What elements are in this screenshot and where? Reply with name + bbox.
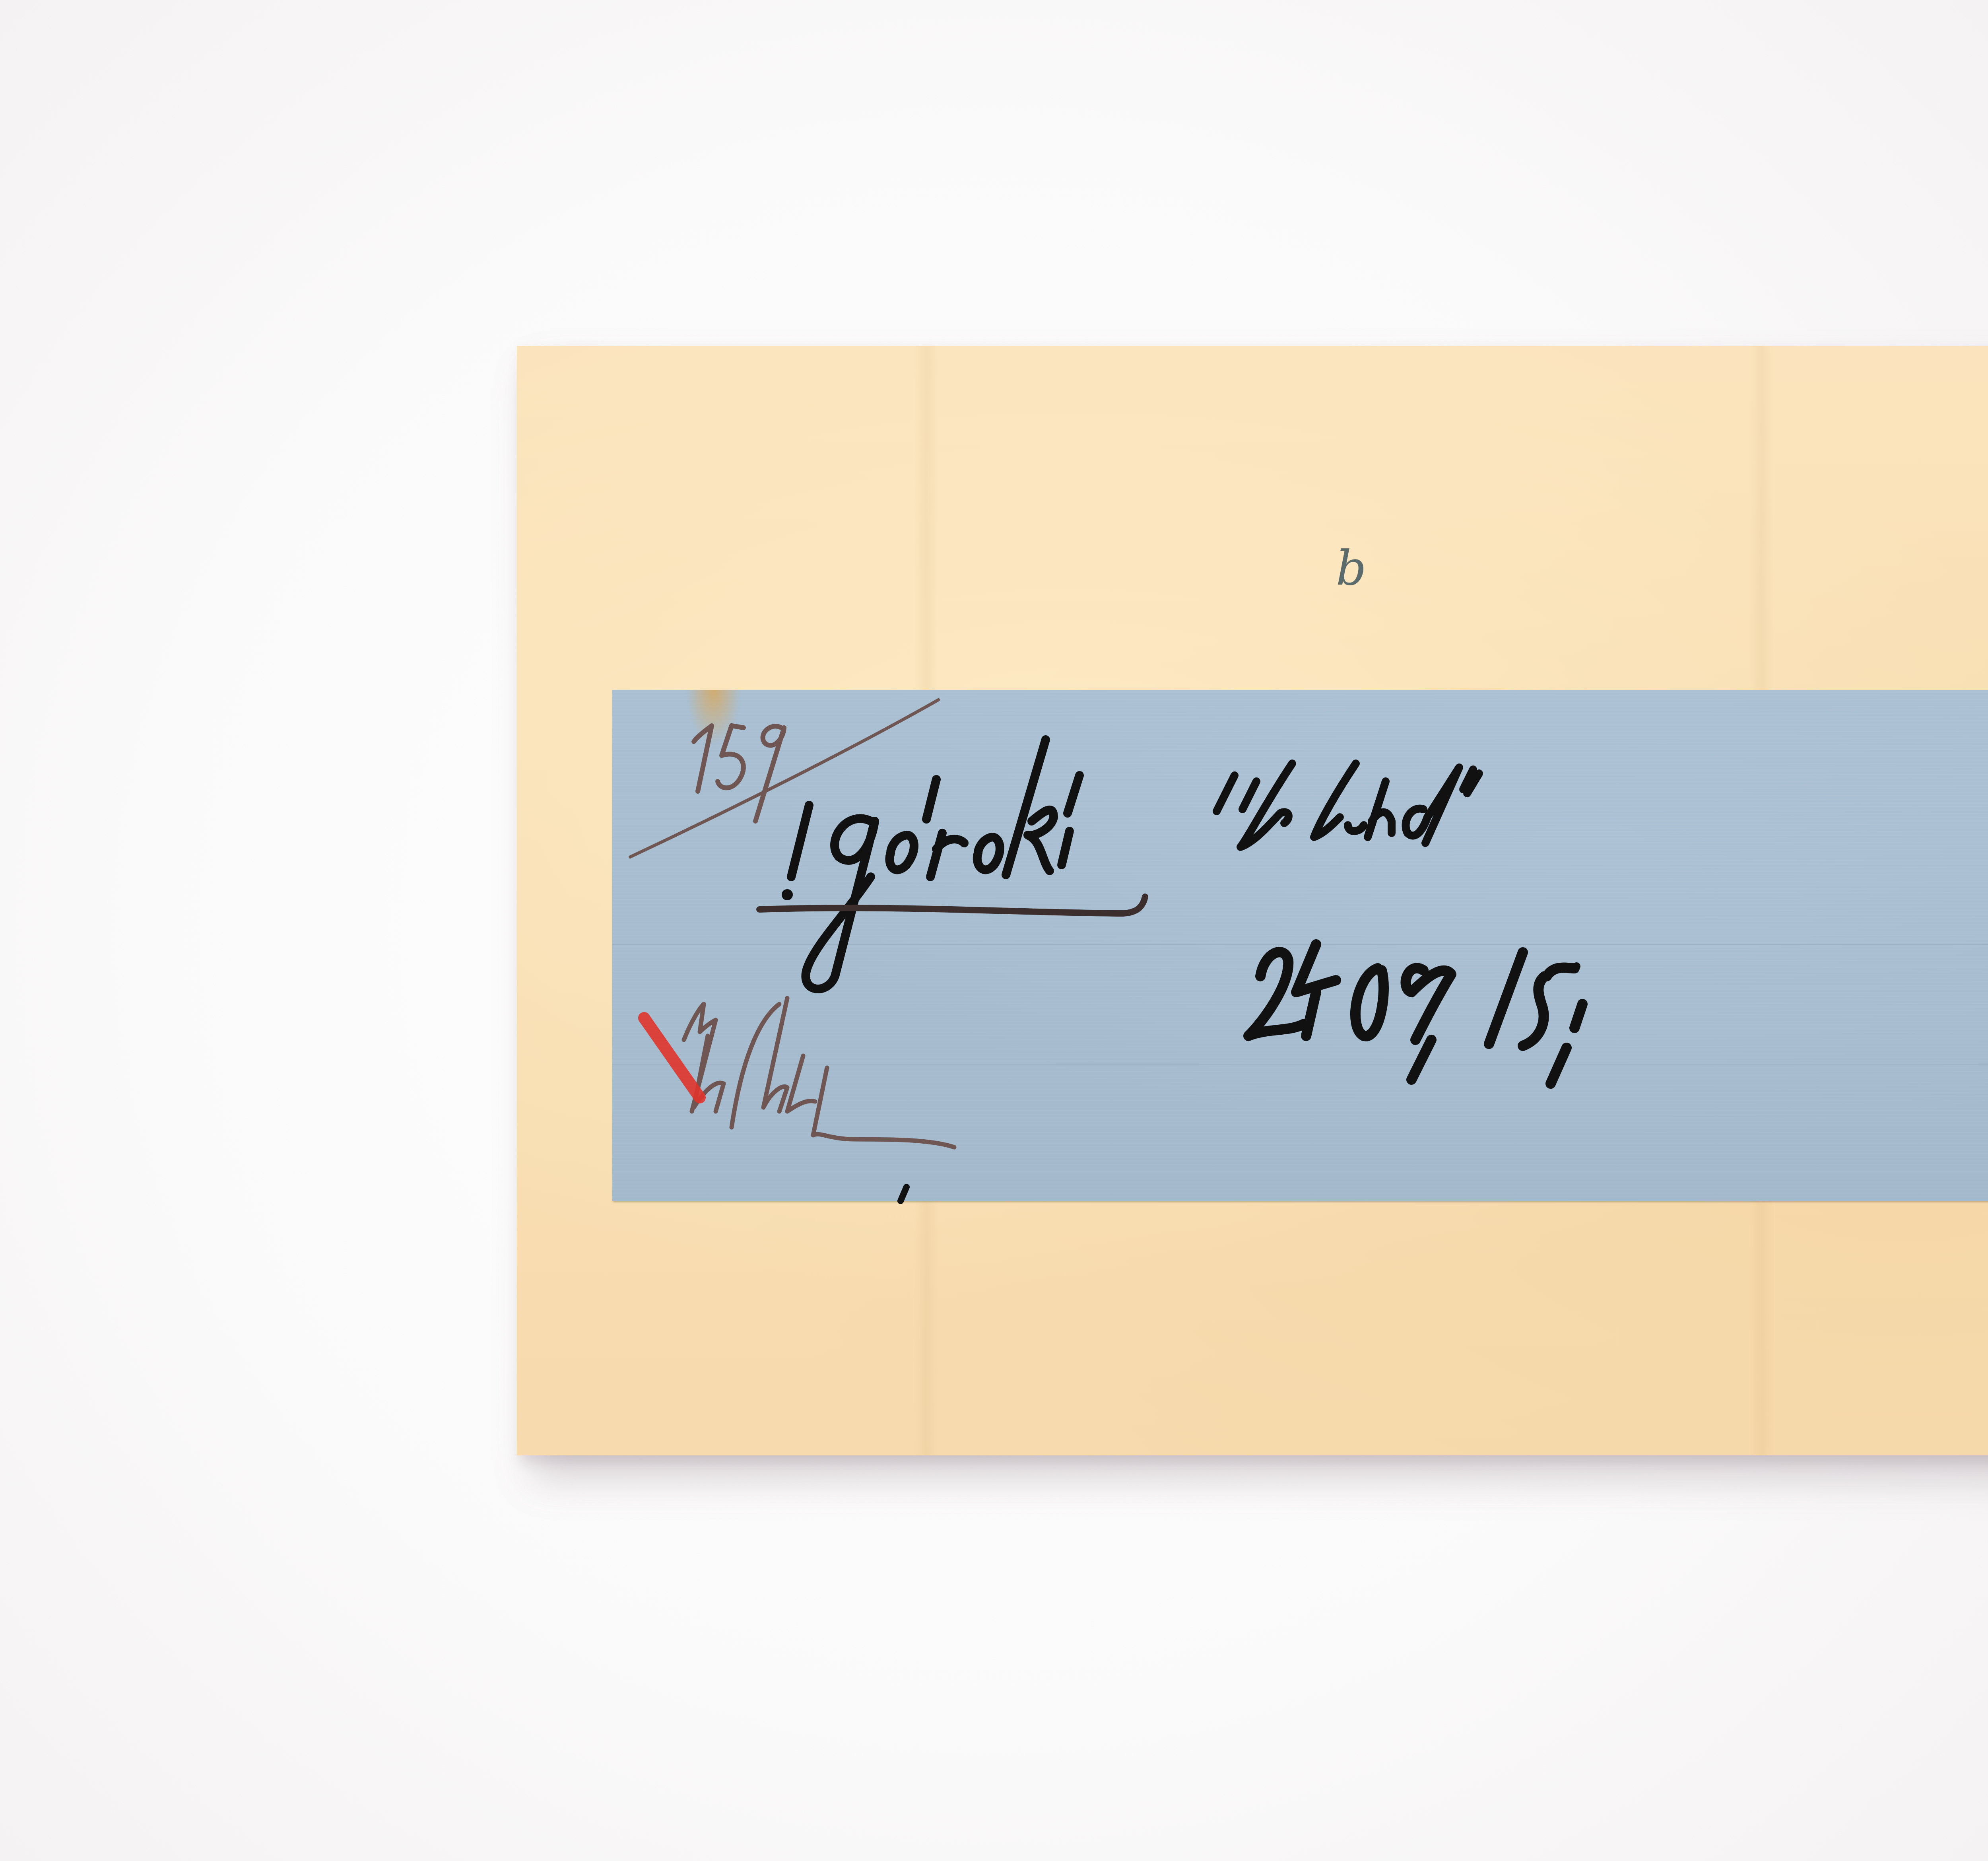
name-igorski-glyphs (782, 740, 1079, 989)
stray-ink-mark (901, 1187, 907, 1201)
diagonal-slash-line (630, 700, 938, 857)
name-underline (759, 897, 1145, 913)
handwriting-ink (612, 690, 1988, 1201)
descriptor-blond-glyphs (1217, 763, 1479, 847)
pencil-annotation: b (1336, 541, 1367, 596)
blue-slip: 159 Igórski "blond" 2 40 7, 15, paraph (… (612, 690, 1988, 1201)
figure-glyphs (1248, 944, 1582, 1084)
signature-paraph-glyphs (684, 998, 954, 1147)
reference-number-159-glyphs (694, 726, 784, 821)
red-check-mark (644, 1018, 700, 1098)
